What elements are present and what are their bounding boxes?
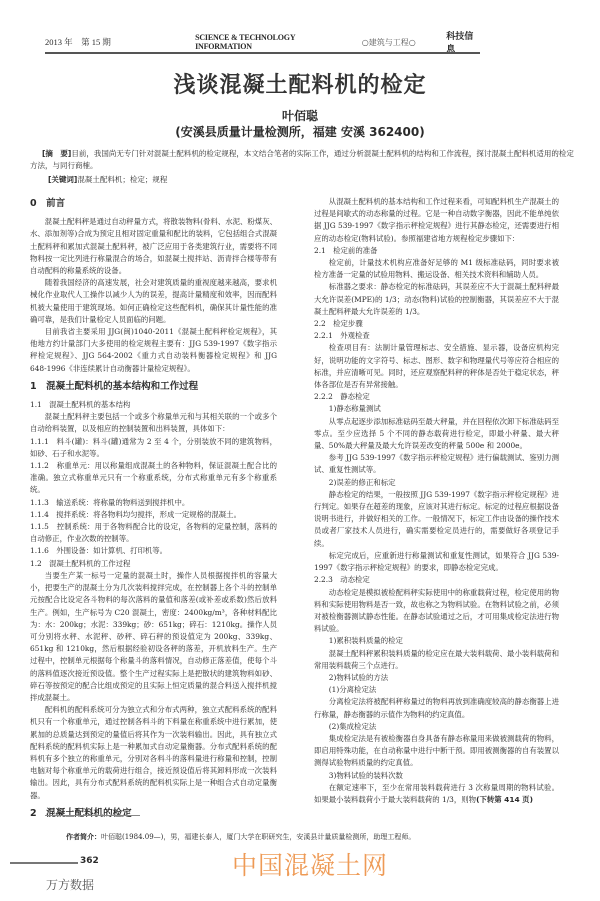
keywords-text: 混凝土配料机；检定；规程: [77, 175, 167, 184]
paragraph: 当要生产某一标号一定量的混凝土时，操作人员根据搅拌机的容量大小，把要生产的混凝土…: [30, 570, 277, 704]
subsection-heading: 2.2 检定步骤: [314, 318, 559, 330]
list-item: 1.1.3 输送系统：将称量的物料送到搅拌机中。: [30, 497, 277, 509]
author-footnote: 作者简介：叶佰聪(1984.09—)，男，福建长泰人，厦门大学在职研究生，安溪县…: [66, 832, 415, 842]
right-column: 从混凝土配料机的基本结构和工作过程来看，可知配料机生产混凝土的过程是间歇式的动态…: [314, 196, 559, 806]
subsection-heading: 2.2.1 外观检查: [314, 330, 559, 342]
paragraph: 集成检定法是有被检衡器自身具备有静态称量用来做被测载荷的物料，即启用特殊功能，在…: [314, 733, 559, 770]
paragraph: 从零点起逐步添加标准砝码至最大秤量，并在回程依次卸下标准砝码至零点。至少应选择 …: [314, 416, 559, 453]
item-heading: 2)误差的修正和标定: [314, 477, 559, 489]
footnote-divider: [45, 815, 140, 816]
footnote-text: 叶佰聪(1984.09—)，男，福建长泰人，厦门大学在职研究生，安溪县计量质量检…: [101, 833, 415, 841]
paragraph: 标定完成后，应重新进行称量测试和重复性测试，如果符合 JJG 539-1997《…: [314, 550, 559, 574]
item-heading: 1)静态称量测试: [314, 403, 559, 415]
journal-name: SCIENCE & TECHNOLOGY INFORMATION: [195, 33, 336, 51]
section-heading: 2 混凝土配料机的检定: [30, 808, 277, 820]
paragraph: 从混凝土配料机的基本结构和工作过程来看，可知配料机生产混凝土的过程是间歇式的动态…: [314, 196, 559, 245]
item-heading: (1)分离检定法: [314, 684, 559, 696]
issue-label: 2013 年 第 15 期: [45, 36, 195, 48]
paragraph: 动态检定是模拟被检配料秤实际使用中的称重载荷过程，检定使用的物料和实际使用物料是…: [314, 587, 559, 636]
list-item: 1.1.1 料斗(罐)：料斗(罐)通常为 2 至 4 个，分别装放不同的建筑物料…: [30, 436, 277, 460]
paragraph: 标准器之要求：静态检定的标准砝码，其误差应不大于混凝土配料秤最大允许误差(MPE…: [314, 281, 559, 318]
running-header: 2013 年 第 15 期 SCIENCE & TECHNOLOGY INFOR…: [45, 34, 480, 50]
item-heading: 1)累积装料质量的检定: [314, 635, 559, 647]
subsection-heading: 2.1 检定前的准备: [314, 245, 559, 257]
paragraph: 随着我国经济的高速发展，社会对建筑质量的重视度越来越高，要求机械化作业取代人工操…: [30, 277, 277, 326]
item-heading: (2)集成检定法: [314, 721, 559, 733]
paragraph: 混凝土配料秤主要包括一个或多个称量单元和与其相关联的一个或多个自动给料装置，以及…: [30, 411, 277, 435]
abstract-label: [摘 要]: [42, 149, 71, 158]
footnote-label: 作者简介：: [66, 833, 101, 841]
page-number: 362: [80, 856, 99, 866]
paragraph: 混凝土配料秤累积装料质量的检定应在最大装料载荷、最小装料载荷和常用装料载荷三个点…: [314, 648, 559, 672]
keywords-label: [关键词]: [48, 175, 77, 184]
wanfang-logo: 万方数据: [46, 876, 94, 893]
paragraph: 静态检定的结果，一般按照 JJG 539-1997《数字指示秤检定规程》进行判定…: [314, 489, 559, 550]
paragraph: 检查项目有：法制计量管理标志、安全措施、显示器，设备应机构完好，说明功能的文字符…: [314, 342, 559, 391]
keywords: [关键词]混凝土配料机；检定；规程: [48, 174, 167, 185]
subsection-heading: 2.2.3 动态检定: [314, 574, 559, 586]
paragraph: 配料机的配料系统可分为独立式和分布式两种，独立式配料系统的配料机只有一个称重单元…: [30, 704, 277, 802]
paragraph: 在额定速率下，至少在常用装料载荷进行 3 次称量周期的物料试验。如果最小装料载荷…: [314, 782, 559, 806]
list-item: 1.1.6 外围设备：如计算机、打印机等。: [30, 545, 277, 557]
subsection-heading: 2.2.2 静态检定: [314, 391, 559, 403]
item-heading: 2)物料试验的方法: [314, 672, 559, 684]
paragraph: 参考 JJG 539-1997《数字指示秤检定规程》进行偏载测试、鉴别力测试、重…: [314, 452, 559, 476]
list-item: 1.1.4 搅拌系统：将各物料均匀搅拌，形成一定规格的混凝土。: [30, 509, 277, 521]
continued-link[interactable]: (下转第 414 页): [476, 795, 533, 804]
paragraph: 目前我省主要采用 JJG(闽)1040-2011《混凝土配料秤检定规程》，其他地…: [30, 326, 277, 375]
paragraph: 分离检定法将被配料秤称量过的物料再放到准确度较高的静态衡器上进行称量，静态衡器的…: [314, 696, 559, 720]
paragraph: 检定前，计量技术机构应准备好足够的 M1 级标准砝码，同时要求被检方准备一定量的…: [314, 257, 559, 281]
watermark: 中国混凝土网: [232, 846, 388, 882]
left-column: 0 前言 混凝土配料秤是通过自动秤量方式，将散装物料(骨料、水泥、粉煤灰、水、添…: [30, 192, 277, 826]
list-item: 1.1.2 称重单元：用以称量组成混凝土的各种物料，保证混凝土配合比的准确。独立…: [30, 460, 277, 497]
section-heading: 0 前言: [30, 198, 277, 210]
list-item: 1.1.5 控制系统：用于各物料配合比的设定，各物料的定量控制，落料的自动修正，…: [30, 521, 277, 545]
subsection-heading: 1.1 混凝土配料机的基本结构: [30, 399, 277, 411]
article-title: 浅谈混凝土配料机的检定: [0, 68, 600, 99]
abstract-text: 目前，我国尚无专门针对混凝土配料机的检定规程，本文结合笔者的实际工作，通过分析混…: [30, 149, 574, 170]
item-heading: 3)物料试验的装料次数: [314, 770, 559, 782]
paragraph: 混凝土配料秤是通过自动秤量方式，将散装物料(骨料、水泥、粉煤灰、水、添加剂等)合…: [30, 216, 277, 277]
subsection-heading: 1.2 混凝土配料机的工作过程: [30, 558, 277, 570]
author-affiliation: (安溪县质量计量检测所，福建 安溪 362400): [0, 123, 600, 140]
section-label: ○建筑与工程○: [362, 37, 446, 48]
section-heading: 1 混凝土配料机的基本结构和工作过程: [30, 381, 277, 393]
header-divider: [45, 52, 480, 54]
page-number-rule: [10, 862, 78, 864]
abstract: [摘 要]目前，我国尚无专门针对混凝土配料机的检定规程，本文结合笔者的实际工作，…: [30, 148, 575, 172]
author-name: 叶佰聪: [0, 107, 600, 124]
